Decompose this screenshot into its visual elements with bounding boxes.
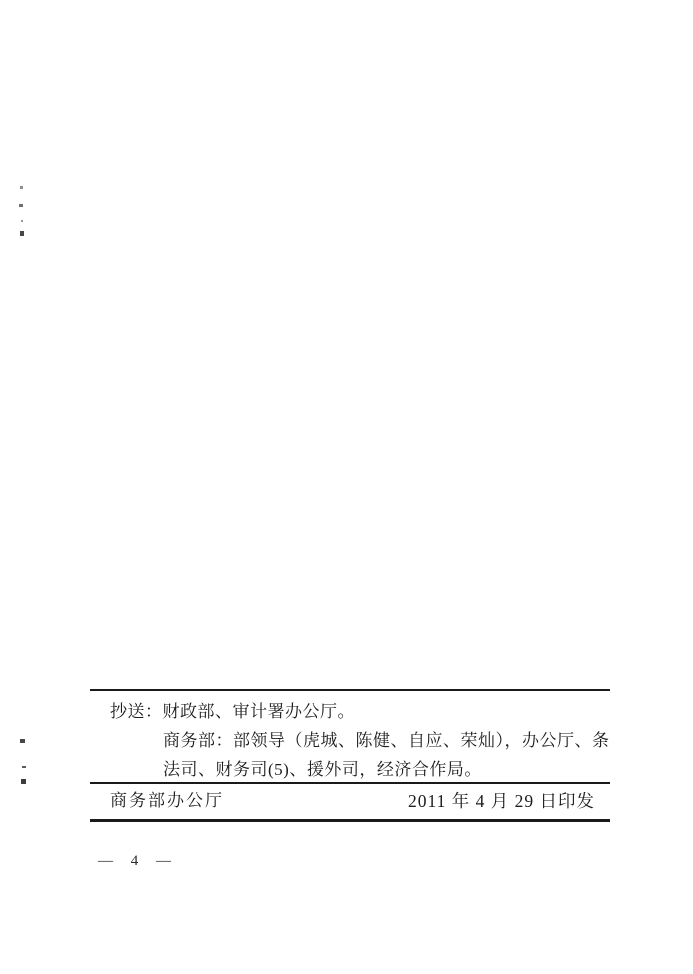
document-page: 抄送：财政部、审计署办公厅。 商务部：部领导（虎城、陈健、自应、荣灿），办公厅、… <box>0 0 693 974</box>
scan-speck <box>19 204 23 207</box>
scan-speck <box>20 739 25 743</box>
scan-speck <box>20 186 23 189</box>
colophon-divider <box>90 782 610 784</box>
cc-recipients-line-3: 法司、财务司(5)、援外司，经济合作局。 <box>163 760 482 780</box>
scan-speck <box>20 231 24 236</box>
cc-recipients-line-1: 抄送：财政部、审计署办公厅。 <box>110 702 355 722</box>
cc-recipients-line-2: 商务部：部领导（虎城、陈健、自应、荣灿），办公厅、条 <box>163 731 610 751</box>
issuing-office: 商务部办公厅 <box>110 791 224 811</box>
scan-speck <box>22 766 26 768</box>
print-date: 2011 年 4 月 29 日印发 <box>408 791 595 811</box>
page-number: — 4 — <box>98 853 178 870</box>
cc-block-top-divider <box>90 689 610 691</box>
colophon-bottom-divider <box>90 819 610 822</box>
scan-speck <box>21 779 26 784</box>
scan-speck <box>21 220 23 222</box>
